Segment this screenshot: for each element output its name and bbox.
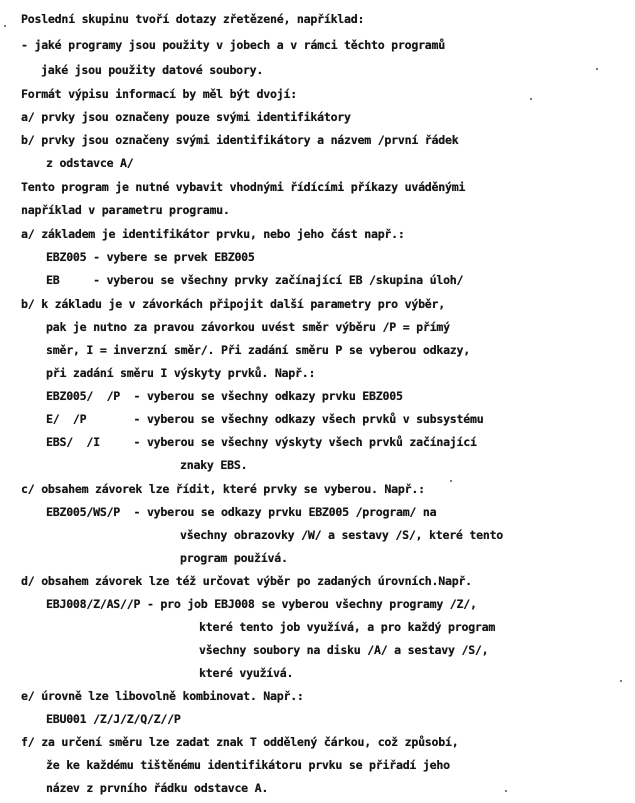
- list-item-b-continuation: z odstavce A/: [46, 156, 134, 170]
- option-d: d/ obsahem závorek lze též určovat výběr…: [21, 574, 472, 588]
- example-line-continuation: program používá.: [180, 551, 288, 565]
- option-c: c/ obsahem závorek lze řídit, které prvk…: [21, 482, 425, 496]
- example-line-continuation: znaky EBS.: [180, 458, 247, 472]
- list-item-dash-continuation: jaké jsou použity datové soubory.: [41, 63, 263, 77]
- scanned-typewritten-page: Poslední skupinu tvoří dotazy zřetězené,…: [0, 0, 635, 803]
- example-line-continuation: všechny soubory na disku /A/ a sestavy /…: [199, 643, 488, 657]
- list-item-dash: - jaké programy jsou použity v jobech a …: [21, 38, 445, 52]
- paragraph-program-continuation: například v parametru programu.: [21, 203, 230, 217]
- example-line: E/ /P - vyberou se všechny odkazy všech …: [46, 412, 483, 426]
- example-line: EBJ008/Z/AS//P - pro job EBJ008 se vyber…: [46, 597, 477, 611]
- scan-speck: [450, 480, 452, 482]
- example-line-continuation: které využívá.: [199, 666, 293, 680]
- option-f-continuation: název z prvního řádku odstavce A.: [46, 781, 268, 795]
- example-line: EBZ005 - vybere se prvek EBZ005: [46, 250, 255, 264]
- option-e: e/ úrovně lze libovolně kombinovat. Např…: [21, 689, 304, 703]
- example-line: EBS/ /I - vyberou se všechny výskyty vše…: [46, 435, 477, 449]
- example-line-continuation: všechny obrazovky /W/ a sestavy /S/, kte…: [180, 528, 503, 542]
- scan-speck: [596, 68, 598, 70]
- example-line: EBZ005/ /P - vyberou se všechny odkazy p…: [46, 389, 403, 403]
- option-b-continuation: směr, I = inverzní směr/. Při zadání smě…: [46, 343, 470, 357]
- example-line-continuation: které tento job využívá, a pro každý pro…: [199, 620, 495, 634]
- paragraph-intro: Poslední skupinu tvoří dotazy zřetězené,…: [21, 12, 364, 26]
- list-item-a: a/ prvky jsou označeny pouze svými ident…: [21, 110, 351, 124]
- list-item-b: b/ prvky jsou označeny svými identifikát…: [21, 133, 458, 147]
- option-b-continuation: při zadání směru I výskyty prvků. Např.:: [46, 366, 315, 380]
- scan-speck: [4, 25, 6, 27]
- option-b-continuation: pak je nutno za pravou závorkou uvést sm…: [46, 320, 450, 334]
- paragraph-format: Formát výpisu informací by měl být dvojí…: [21, 87, 297, 101]
- example-line: EBZ005/WS/P - vyberou se odkazy prvku EB…: [46, 505, 436, 519]
- scan-speck: [505, 790, 507, 792]
- option-a: a/ základem je identifikátor prvku, nebo…: [21, 227, 405, 241]
- scan-speck: [620, 680, 622, 682]
- option-f: f/ za určení směru lze zadat znak T oddě…: [21, 735, 458, 749]
- scan-speck: [284, 395, 286, 397]
- option-f-continuation: že ke každému tištěnému identifikátoru p…: [46, 758, 450, 772]
- example-line: EBU001 /Z/J/Z/Q/Z//P: [46, 712, 181, 726]
- option-b: b/ k základu je v závorkách připojit dal…: [21, 297, 445, 311]
- example-line: EB - vyberou se všechny prvky začínající…: [46, 273, 463, 287]
- paragraph-program: Tento program je nutné vybavit vhodnými …: [21, 180, 465, 194]
- scan-speck: [530, 98, 532, 100]
